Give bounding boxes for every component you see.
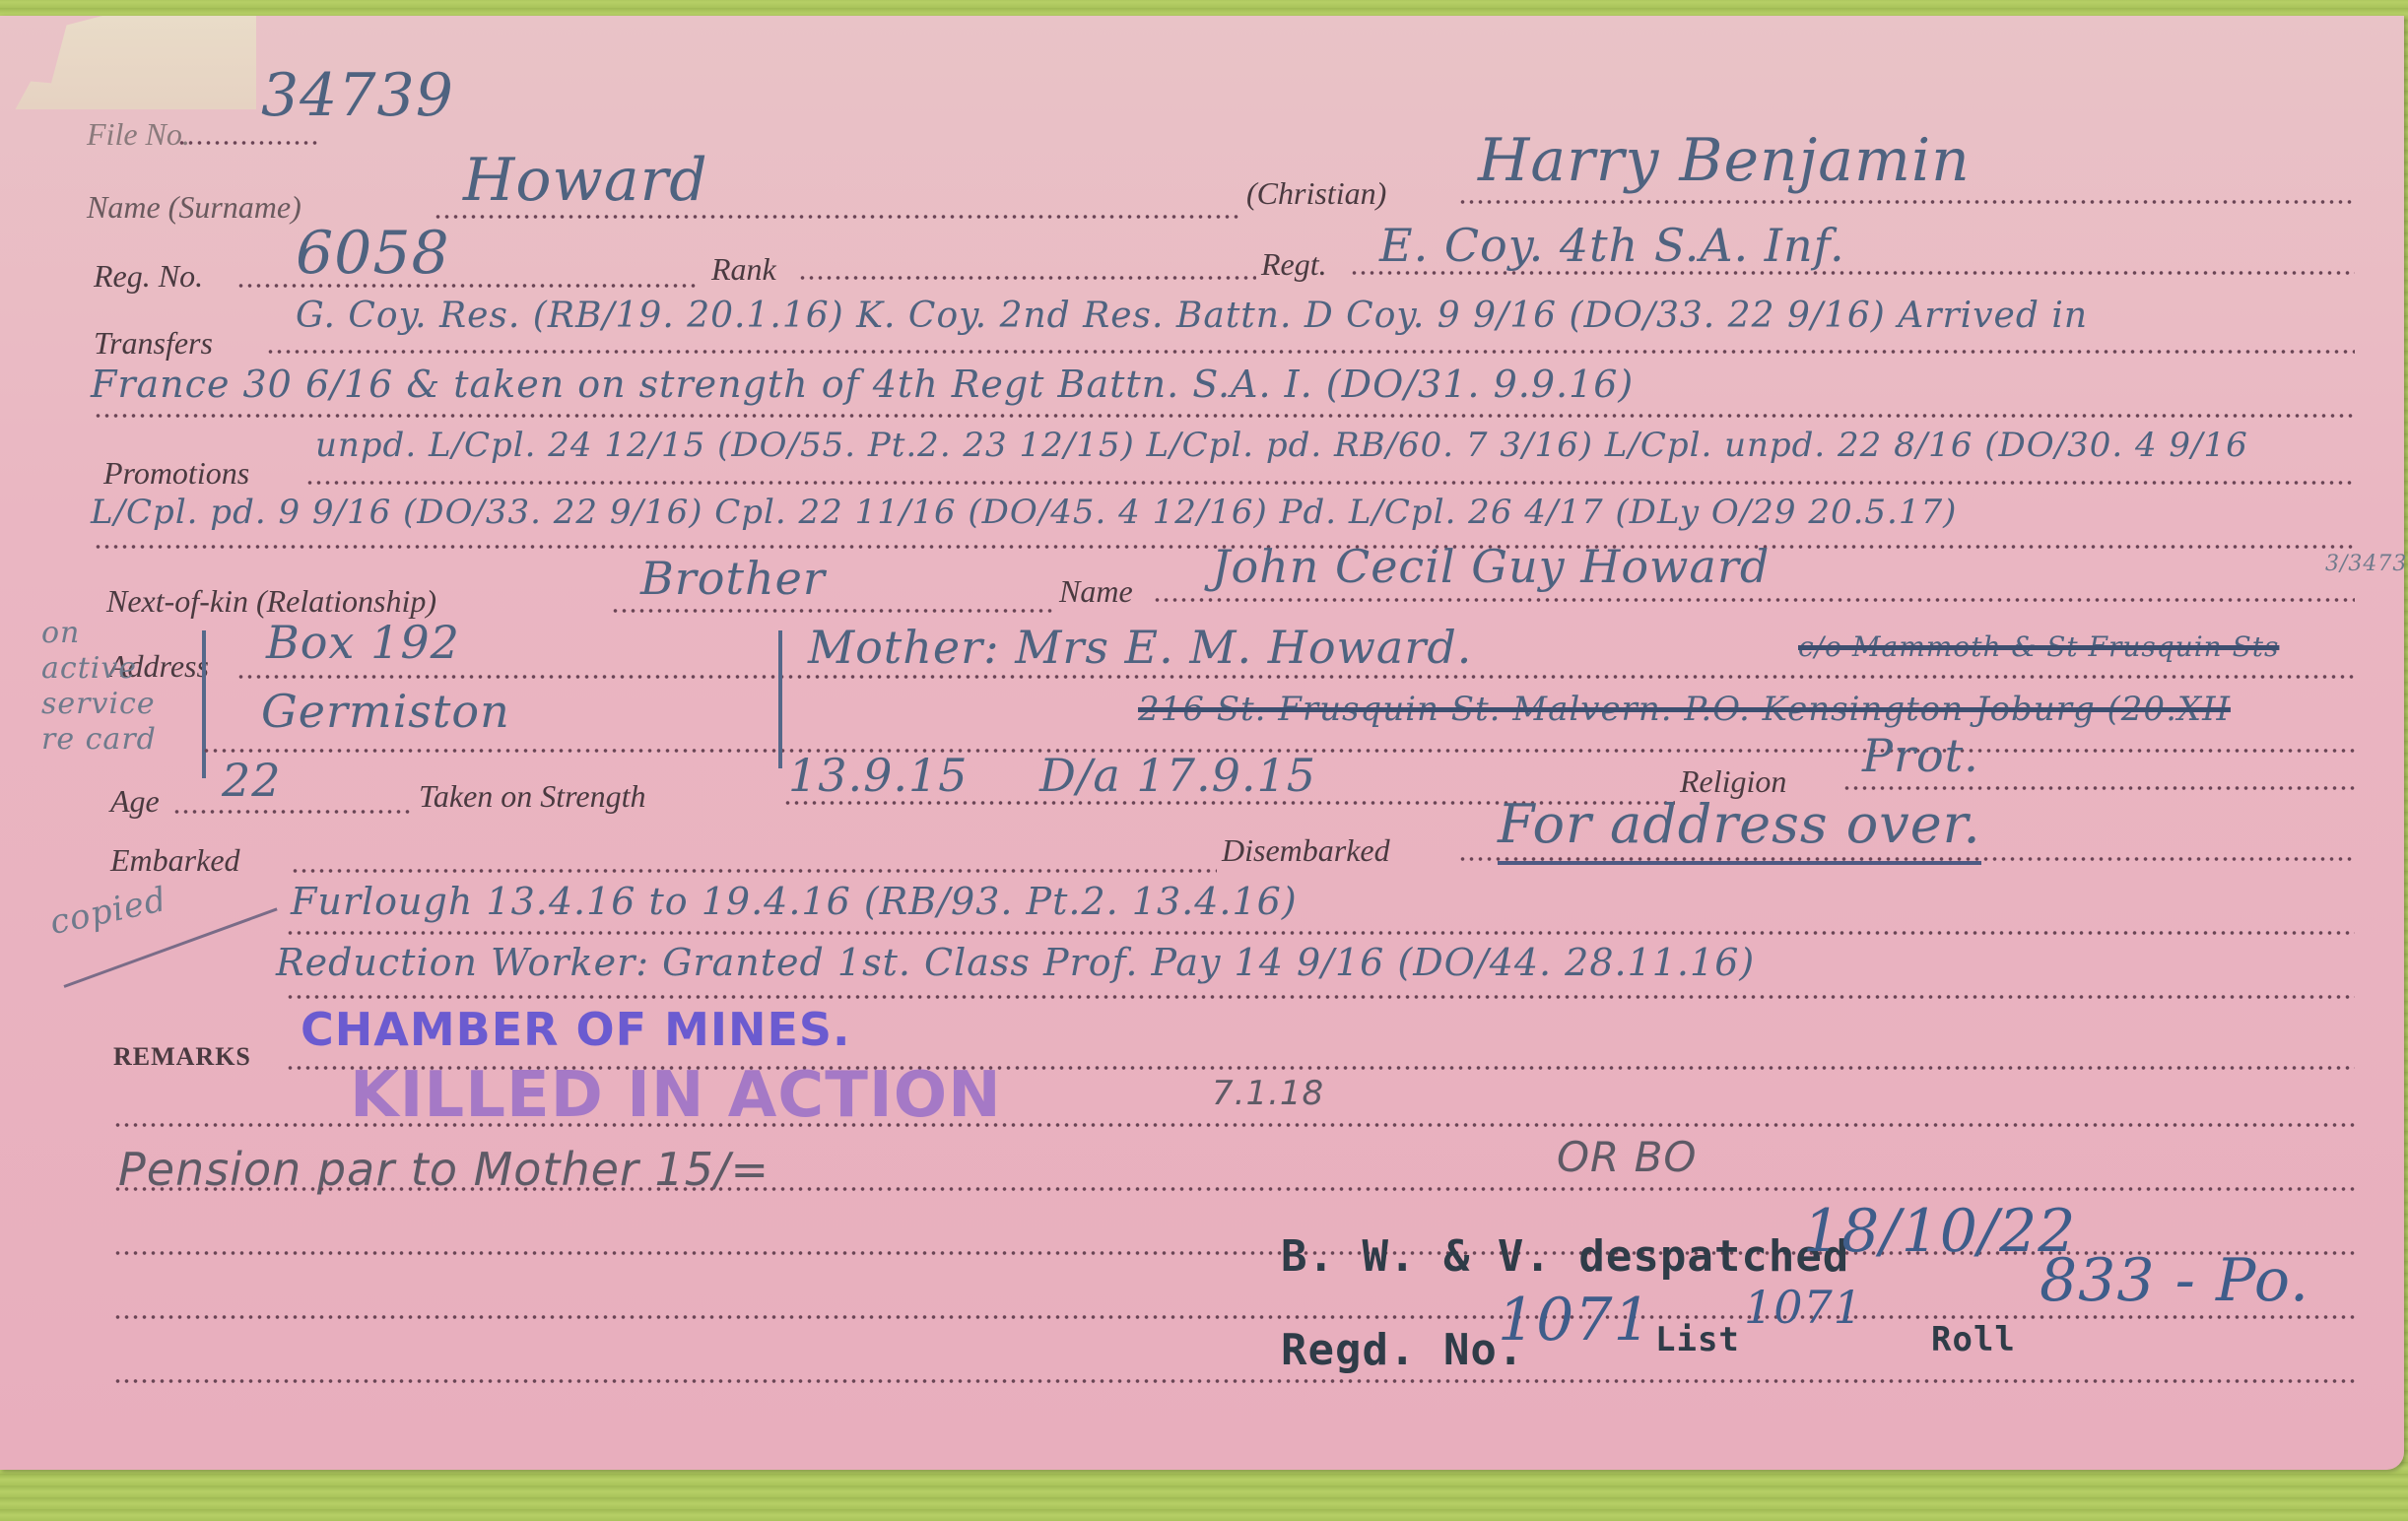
surname-label: Name (Surname) — [87, 189, 301, 226]
dotted-line — [177, 141, 320, 145]
promotions-line-1: unpd. L/Cpl. 24 12/15 (DO/55. Pt.2. 23 1… — [315, 426, 2248, 465]
embarked-label: Embarked — [110, 842, 240, 879]
list-label: List — [1655, 1320, 1740, 1359]
dotted-line — [94, 414, 2355, 418]
kia-date: 7.1.18 — [1212, 1074, 1324, 1113]
remarks-label: REMARKS — [113, 1042, 251, 1072]
regd-no-value: 1071 — [1498, 1286, 1652, 1355]
roll-label: Roll — [1931, 1320, 2016, 1359]
surname-value: Howard — [463, 146, 708, 215]
disembarked-value: For address over. — [1498, 793, 1981, 865]
margin-note-line: re card — [41, 722, 157, 758]
transfers-label: Transfers — [94, 325, 213, 362]
dotted-line — [266, 350, 2355, 354]
margin-note: on active service re card — [41, 616, 157, 758]
taken-on-strength-value: 13.9.15 — [788, 749, 969, 802]
dotted-line — [798, 276, 1256, 280]
regt-value: E. Coy. 4th S.A. Inf. — [1379, 219, 1845, 272]
margin-note-line: service — [41, 687, 157, 722]
disembarked-label: Disembarked — [1222, 832, 1390, 869]
dotted-line — [286, 995, 2355, 999]
file-no-label: File No. — [87, 116, 190, 153]
age-label: Age — [110, 783, 160, 820]
age-value: 22 — [222, 754, 282, 807]
next-of-kin-label: Next-of-kin (Relationship) — [106, 583, 436, 620]
dotted-line — [434, 215, 1241, 219]
taken-on-strength-extra: D/a 17.9.15 — [1039, 749, 1316, 802]
bwv-despatched-label: B. W. & V. despatched — [1281, 1231, 1849, 1282]
address-line-2: Germiston — [261, 685, 510, 738]
chamber-of-mines-stamp: CHAMBER OF MINES. — [301, 1003, 851, 1056]
struck-address-2: 216 St. Frusquin St. Malvern. P.O. Kensi… — [1138, 690, 2231, 729]
taken-on-strength-label: Taken on Strength — [419, 778, 646, 815]
dotted-line — [172, 810, 414, 814]
dotted-line — [236, 675, 2355, 679]
struck-address-1: c/o Mammoth & St Frusquin Sts — [1798, 630, 2279, 663]
transfers-line-1: G. Coy. Res. (RB/19. 20.1.16) K. Coy. 2n… — [296, 296, 2088, 336]
list-value: 1071 — [1744, 1281, 1863, 1334]
or-note: OR BO — [1557, 1133, 1697, 1181]
reg-no-value: 6058 — [296, 219, 450, 288]
nok-name-value: John Cecil Guy Howard — [1212, 540, 1770, 593]
bracket-right — [778, 630, 782, 768]
dotted-line — [113, 1123, 2355, 1127]
christian-value: Harry Benjamin — [1478, 126, 1971, 195]
regd-no-label: Regd. No. — [1281, 1325, 1524, 1375]
promotions-line-2: L/Cpl. pd. 9 9/16 (DO/33. 22 9/16) Cpl. … — [91, 493, 1957, 532]
christian-label: (Christian) — [1246, 175, 1386, 212]
record-line-2: Reduction Worker: Granted 1st. Class Pro… — [276, 941, 1755, 984]
dotted-line — [291, 869, 1217, 873]
regt-label: Regt. — [1261, 246, 1327, 283]
margin-note-line: on — [41, 616, 157, 651]
religion-value: Prot. — [1862, 729, 1979, 782]
roll-value: 833 - Po. — [2040, 1246, 2309, 1315]
bwv-date: 18/10/22 — [1803, 1197, 2076, 1266]
dotted-line — [1153, 598, 2355, 602]
killed-in-action-stamp: KILLED IN ACTION — [350, 1059, 1002, 1132]
dotted-line — [1458, 200, 2355, 204]
dotted-line — [611, 609, 1054, 613]
dotted-line — [305, 481, 2355, 485]
margin-note-line: active — [41, 651, 157, 687]
address-line-1: Box 192 — [266, 616, 460, 669]
dotted-line — [286, 931, 2355, 935]
mother-note: Mother: Mrs E. M. Howard. — [808, 621, 1472, 674]
promotions-label: Promotions — [103, 455, 249, 492]
nok-ref: 3/34739 — [2325, 552, 2408, 576]
record-line-1: Furlough 13.4.16 to 19.4.16 (RB/93. Pt.2… — [291, 880, 1298, 923]
bracket-left — [202, 630, 206, 778]
dotted-line — [113, 1315, 2355, 1319]
dotted-line — [113, 1187, 2355, 1191]
transfers-line-2: France 30 6/16 & taken on strength of 4t… — [91, 363, 1634, 406]
rank-label: Rank — [711, 251, 776, 288]
relationship-value: Brother — [640, 552, 826, 605]
dotted-line — [113, 1379, 2355, 1383]
nok-name-label: Name — [1059, 573, 1133, 610]
file-no-value: 34739 — [261, 61, 454, 130]
dotted-line — [1842, 786, 2355, 790]
reg-no-label: Reg. No. — [94, 258, 203, 295]
